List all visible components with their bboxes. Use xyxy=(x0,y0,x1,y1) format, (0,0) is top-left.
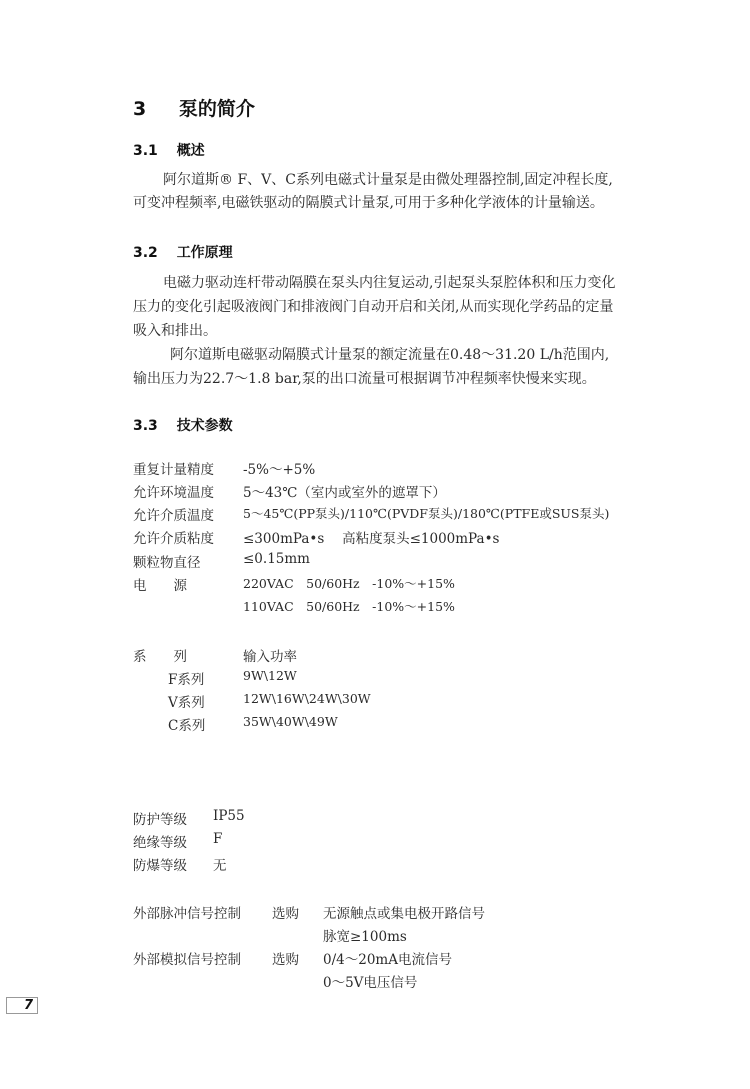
power-series: V系列 xyxy=(168,691,205,711)
spec-value: ≤300mPa•s 高粘度泵头≤1000mPa•s xyxy=(243,527,499,547)
section-title: 概述 xyxy=(177,143,205,159)
spec-value: 110VAC 50/60Hz -10%～+15% xyxy=(243,597,455,615)
signal-line: 0/4～20mA电流信号 xyxy=(323,948,452,968)
signal-line: 无源触点或集电极开路信号 xyxy=(323,902,485,922)
paragraph-line: 可变冲程频率,电磁铁驱动的隔膜式计量泵,可用于多种化学液体的计量输送。 xyxy=(133,192,604,215)
spec-label: 允许介质粘度 xyxy=(133,527,214,547)
power-header-series: 系 列 xyxy=(133,645,187,665)
rating-label: 防护等级 xyxy=(133,808,187,828)
rating-label: 绝缘等级 xyxy=(133,831,187,851)
power-series: C系列 xyxy=(168,714,205,734)
chapter-heading: 3 泵的简介 xyxy=(133,94,255,121)
section-heading-3-1: 3.1 概述 xyxy=(133,140,205,160)
section-number: 3.3 xyxy=(133,418,158,434)
section-number: 3.2 xyxy=(133,245,158,261)
spec-value: ≤0.15mm xyxy=(243,551,310,567)
signal-option: 选购 xyxy=(272,902,299,922)
power-value: 35W\40W\49W xyxy=(243,714,338,729)
power-series: F系列 xyxy=(168,668,204,688)
spec-value: 5～43℃（室内或室外的遮罩下） xyxy=(243,481,446,501)
rating-value: IP55 xyxy=(213,808,245,824)
section-number: 3.1 xyxy=(133,143,158,159)
signal-line: 脉宽≥100ms xyxy=(323,925,407,945)
rating-value: F xyxy=(213,831,222,847)
signal-line: 0～5V电压信号 xyxy=(323,971,417,991)
signal-option: 选购 xyxy=(272,948,299,968)
power-header-power: 输入功率 xyxy=(243,645,297,665)
power-value: 12W\16W\24W\30W xyxy=(243,691,371,706)
signal-label: 外部模拟信号控制 xyxy=(133,948,241,968)
section-heading-3-2: 3.2 工作原理 xyxy=(133,242,233,262)
spec-value: 220VAC 50/60Hz -10%～+15% xyxy=(243,574,455,592)
paragraph-line: 输出压力为22.7～1.8 bar,泵的出口流量可根据调节冲程频率快慢来实现。 xyxy=(133,368,596,391)
page-number: 7 xyxy=(6,997,38,1014)
paragraph-line: 电磁力驱动连杆带动隔膜在泵头内往复运动,引起泵头泵腔体积和压力变化 xyxy=(163,272,615,295)
spec-label: 颗粒物直径 xyxy=(133,551,201,571)
spec-label: 电 源 xyxy=(133,574,187,594)
spec-label: 允许介质温度 xyxy=(133,504,214,524)
power-value: 9W\12W xyxy=(243,668,297,683)
rating-label: 防爆等级 xyxy=(133,854,187,874)
chapter-title: 泵的简介 xyxy=(179,98,255,120)
spec-label: 允许环境温度 xyxy=(133,481,214,501)
signal-label: 外部脉冲信号控制 xyxy=(133,902,241,922)
section-title: 技术参数 xyxy=(177,418,233,434)
section-title: 工作原理 xyxy=(177,245,233,261)
paragraph-line: 阿尔道斯电磁驱动隔膜式计量泵的额定流量在0.48～31.20 L/h范围内, xyxy=(170,344,609,367)
spec-label: 重复计量精度 xyxy=(133,458,214,478)
paragraph-line: 阿尔道斯® F、V、C系列电磁式计量泵是由微处理器控制,固定冲程长度, xyxy=(163,169,613,192)
rating-value: 无 xyxy=(213,854,227,874)
spec-value: 5～45℃(PP泵头)/110℃(PVDF泵头)/180℃(PTFE或SUS泵头… xyxy=(243,504,609,522)
section-heading-3-3: 3.3 技术参数 xyxy=(133,415,233,435)
paragraph-line: 吸入和排出。 xyxy=(133,320,217,343)
spec-value: -5%～+5% xyxy=(243,458,315,478)
chapter-number: 3 xyxy=(133,98,146,120)
paragraph-line: 压力的变化引起吸液阀门和排液阀门自动开启和关闭,从而实现化学药品的定量 xyxy=(133,296,613,319)
